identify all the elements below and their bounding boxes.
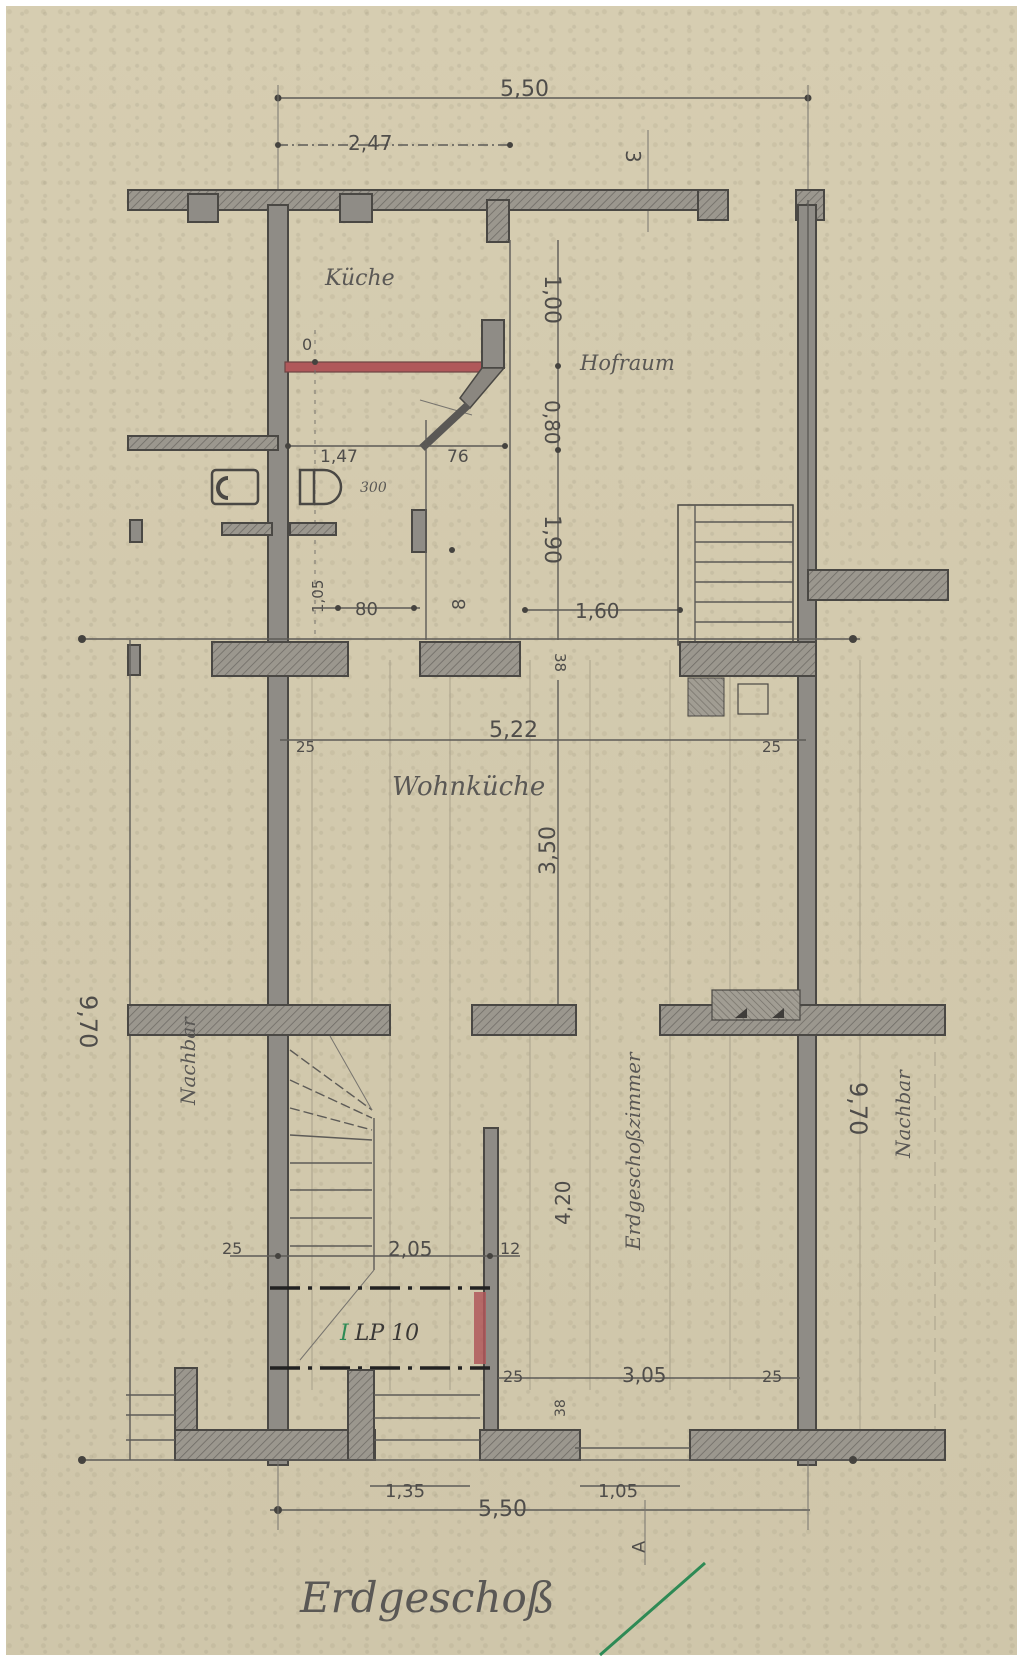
beam-label: LP 10 (354, 1321, 419, 1346)
right-main-wall (798, 205, 816, 1465)
svg-text:38: 38 (553, 1399, 569, 1417)
svg-text:2,05: 2,05 (388, 1237, 433, 1261)
top-wall (128, 190, 824, 242)
room-label-kitchen: Küche (324, 266, 395, 291)
bottom-wall (126, 1368, 945, 1460)
left-main-wall (268, 205, 288, 1465)
svg-text:5,50: 5,50 (478, 1497, 527, 1522)
svg-text:1,00: 1,00 (539, 275, 564, 324)
plan-title: Erdgeschoß (299, 1573, 555, 1622)
room-label-courtyard: Hofraum (579, 351, 675, 375)
wc-wall (128, 436, 278, 450)
green-pen-stroke (600, 1563, 705, 1655)
svg-text:1,90: 1,90 (539, 515, 564, 564)
svg-text:9,70: 9,70 (844, 1082, 872, 1135)
svg-text:25: 25 (762, 1367, 782, 1386)
svg-text:3,05: 3,05 (622, 1363, 667, 1387)
svg-text:8: 8 (449, 599, 470, 610)
svg-text:25: 25 (296, 738, 315, 756)
svg-text:5,50: 5,50 (500, 77, 549, 102)
svg-text:1,05: 1,05 (598, 1481, 638, 1502)
svg-text:5,22: 5,22 (489, 718, 538, 743)
svg-text:1,47: 1,47 (320, 447, 358, 467)
svg-text:0,80: 0,80 (540, 400, 564, 445)
svg-text:3,50: 3,50 (536, 826, 561, 875)
toilet-icon (212, 470, 258, 504)
room-label-ground-room: Erdgeschoßzimmer (621, 1051, 645, 1251)
svg-text:76: 76 (447, 447, 469, 467)
svg-text:80: 80 (355, 599, 378, 620)
svg-text:A: A (629, 1540, 650, 1553)
svg-text:9,70: 9,70 (74, 995, 102, 1048)
floor-plan-drawing: 5,50 2,47 3 Küche 0 1,47 76 300 (0, 0, 1021, 1659)
svg-text:12: 12 (500, 1239, 520, 1258)
room-label-living-kitchen: Wohnküche (392, 772, 545, 802)
svg-text:25: 25 (762, 738, 781, 756)
svg-text:1,35: 1,35 (385, 1481, 425, 1502)
room-label-neighbor-right: Nachbar (891, 1069, 915, 1159)
courtyard-stair (678, 505, 793, 645)
svg-text:1,60: 1,60 (575, 599, 620, 623)
main-stair (290, 1036, 374, 1360)
svg-text:38: 38 (551, 653, 569, 672)
svg-text:25: 25 (503, 1367, 523, 1386)
svg-text:25: 25 (222, 1239, 242, 1258)
middle-wall (128, 990, 945, 1035)
svg-text:ILP 10: ILP 10 (339, 1321, 419, 1346)
svg-text:4,20: 4,20 (551, 1180, 575, 1225)
svg-text:3: 3 (621, 150, 645, 163)
svg-text:300: 300 (360, 480, 387, 496)
svg-text:2,47: 2,47 (348, 131, 393, 155)
room-label-neighbor-left: Nachbar (176, 1016, 200, 1106)
svg-text:0: 0 (302, 335, 312, 354)
toilet-icon (300, 470, 341, 504)
mid-wall: 38 (128, 642, 816, 716)
